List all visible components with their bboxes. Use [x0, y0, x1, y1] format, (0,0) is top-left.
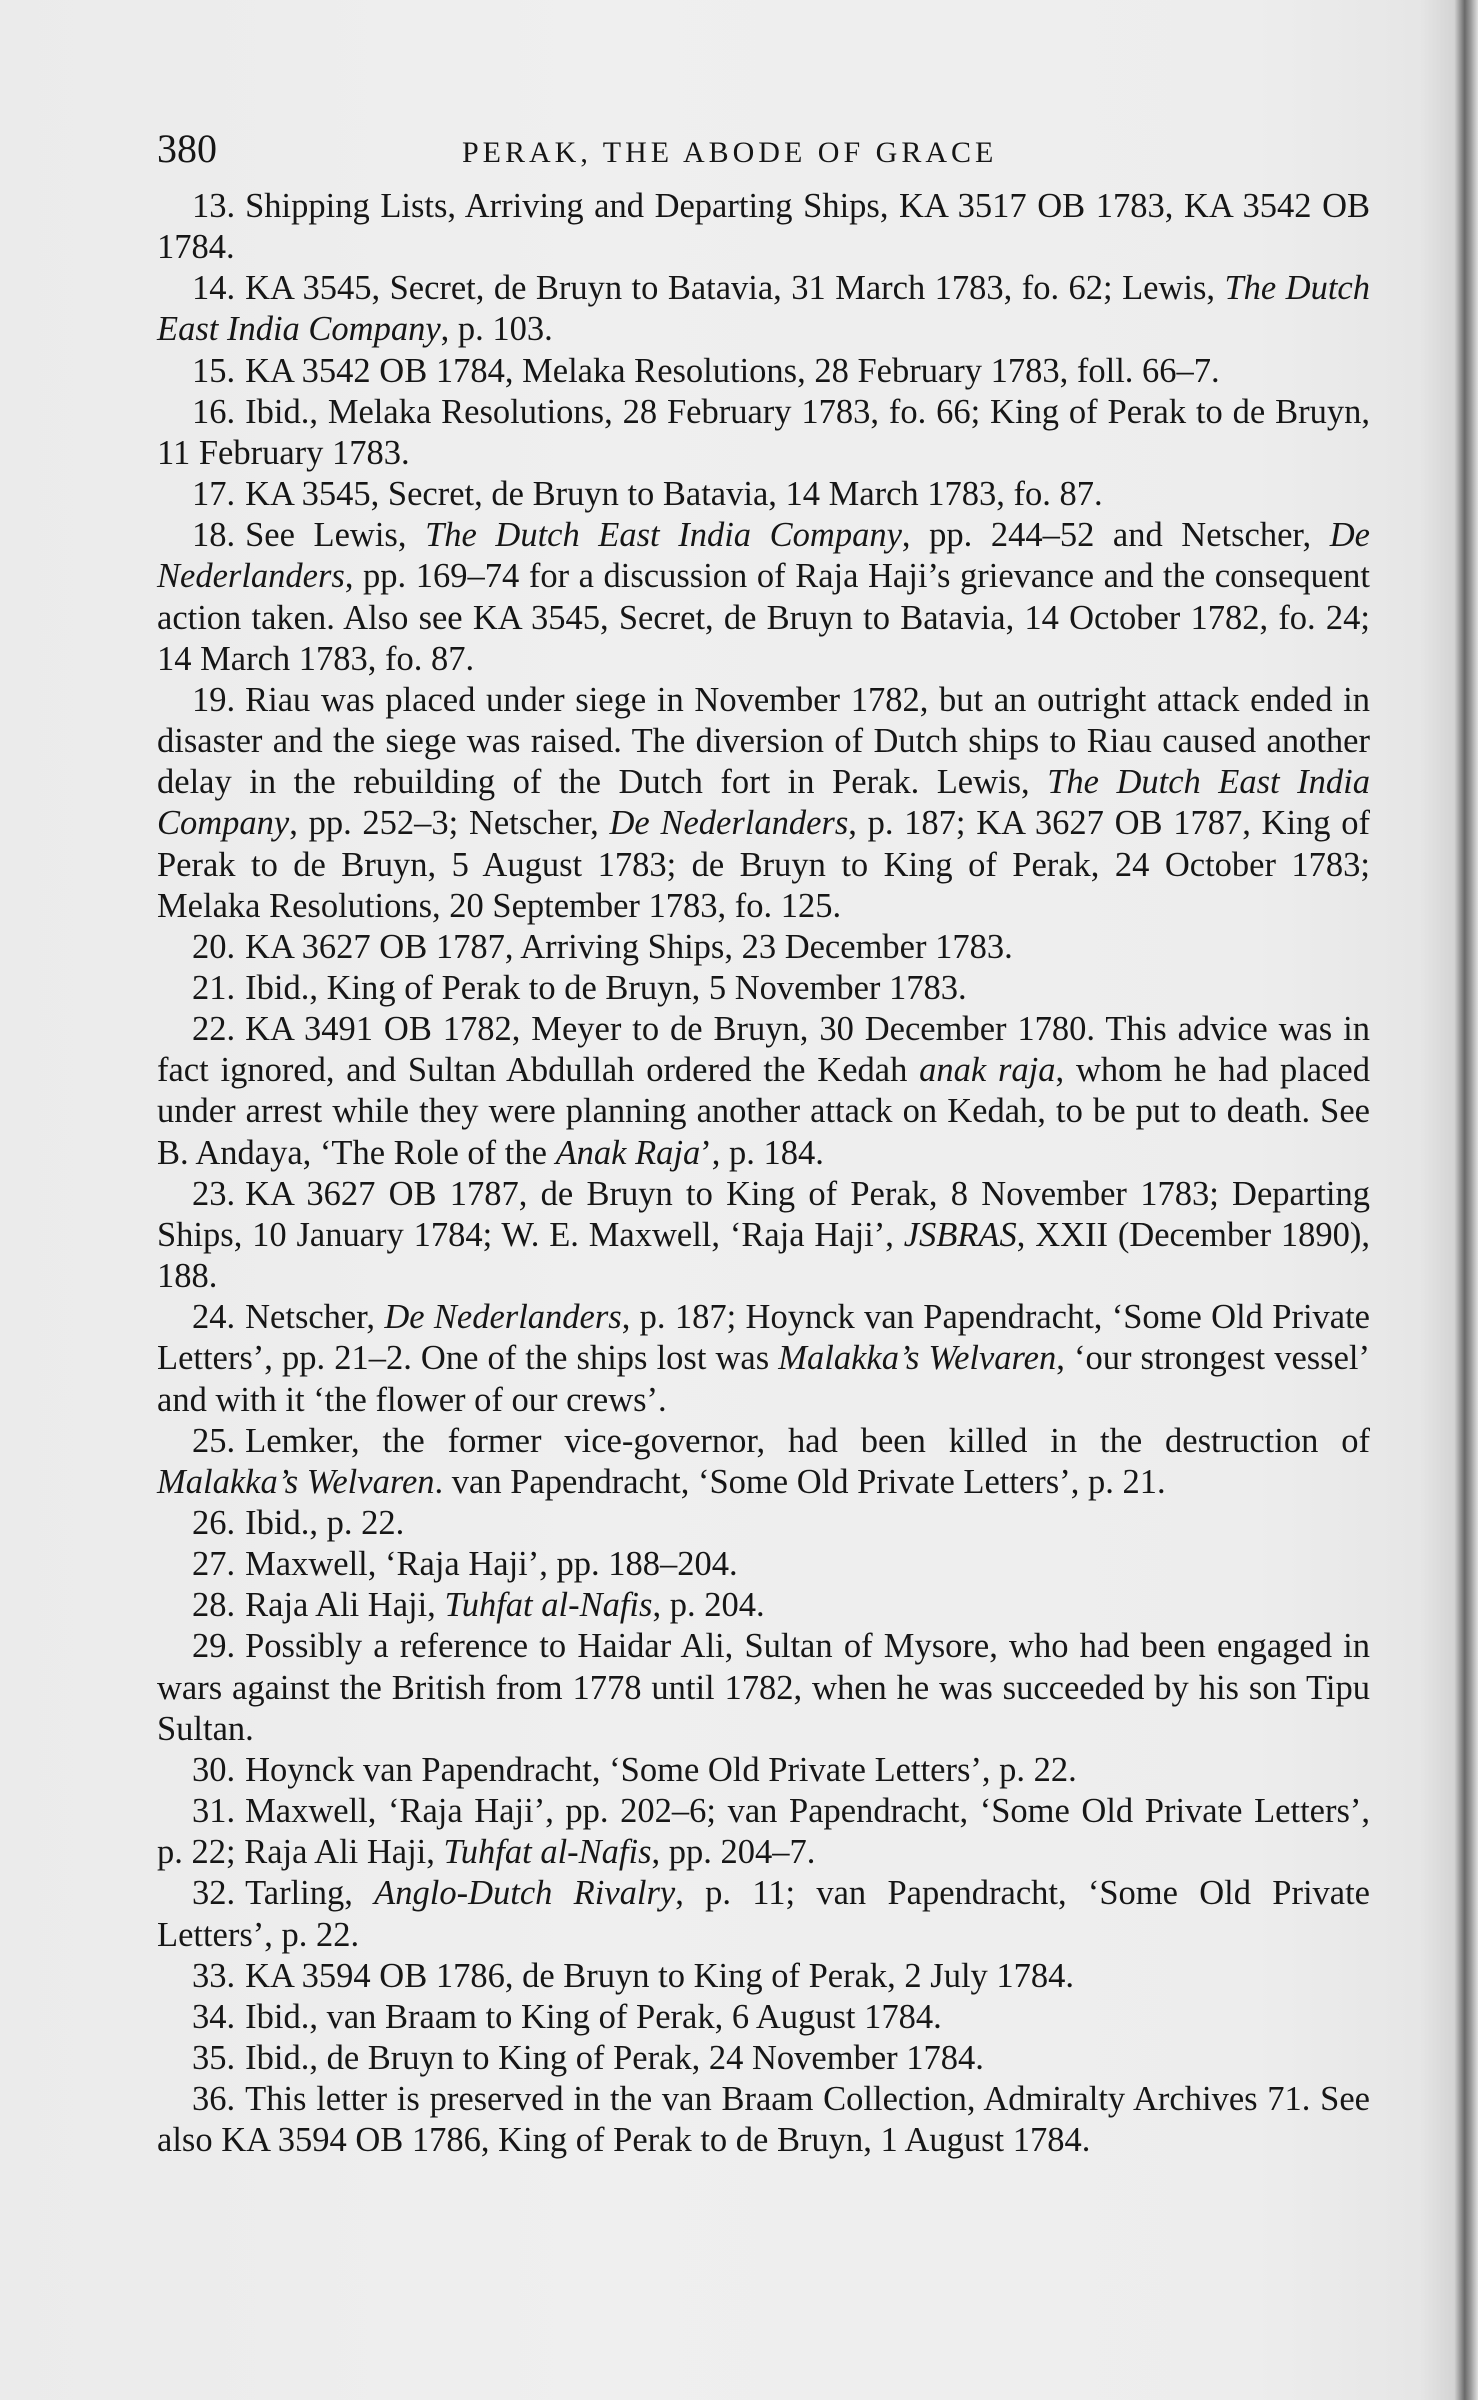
endnote-italic-title: anak raja: [919, 1051, 1055, 1089]
endnote-text: KA 3627 OB 1787, Arriving Ships, 23 Dece…: [245, 928, 1013, 966]
endnote-number: 31.: [192, 1792, 235, 1830]
endnote-italic-title: De Nederlanders: [384, 1298, 621, 1336]
endnote-number: 32.: [192, 1874, 235, 1912]
endnote-number: 35.: [192, 2039, 235, 2077]
endnote: 32.Tarling, Anglo-Dutch Rivalry, p. 11; …: [157, 1873, 1370, 1955]
endnote-text: , pp. 252–3; Netscher,: [289, 804, 609, 842]
endnote: 33.KA 3594 OB 1786, de Bruyn to King of …: [157, 1956, 1370, 1997]
endnote-text: Shipping Lists, Arriving and Departing S…: [157, 187, 1370, 266]
endnote: 20.KA 3627 OB 1787, Arriving Ships, 23 D…: [157, 927, 1370, 968]
endnote-italic-title: The Dutch East India Company: [425, 516, 902, 554]
endnote-text: KA 3542 OB 1784, Melaka Resolutions, 28 …: [245, 352, 1220, 390]
endnote: 31.Maxwell, ‘Raja Haji’, pp. 202–6; van …: [157, 1791, 1370, 1873]
endnote-text: , p. 103.: [441, 310, 553, 348]
endnote: 14.KA 3545, Secret, de Bruyn to Batavia,…: [157, 268, 1370, 350]
endnote: 22.KA 3491 OB 1782, Meyer to de Bruyn, 3…: [157, 1009, 1370, 1174]
endnote-text: , p. 204.: [652, 1586, 764, 1624]
endnote-italic-title: Malakka’s Welvaren: [157, 1463, 435, 1501]
endnote-number: 14.: [192, 269, 235, 307]
endnote-text: This letter is preserved in the van Braa…: [157, 2080, 1370, 2159]
endnote: 29.Possibly a reference to Haidar Ali, S…: [157, 1626, 1370, 1749]
endnote-number: 19.: [192, 681, 235, 719]
endnote-text: Netscher,: [245, 1298, 384, 1336]
endnote-number: 34.: [192, 1998, 235, 2036]
endnote-number: 15.: [192, 352, 235, 390]
endnote: 24.Netscher, De Nederlanders, p. 187; Ho…: [157, 1297, 1370, 1420]
endnote-number: 27.: [192, 1545, 235, 1583]
endnote: 13.Shipping Lists, Arriving and Departin…: [157, 186, 1370, 268]
endnote: 35.Ibid., de Bruyn to King of Perak, 24 …: [157, 2038, 1370, 2079]
endnote-text: Raja Ali Haji,: [245, 1586, 444, 1624]
endnote-number: 13.: [192, 187, 235, 225]
running-title: PERAK, THE ABODE OF GRACE: [462, 128, 997, 178]
endnote-number: 29.: [192, 1627, 235, 1665]
endnote-number: 23.: [192, 1175, 235, 1213]
endnote-number: 24.: [192, 1298, 235, 1336]
endnote: 34.Ibid., van Braam to King of Perak, 6 …: [157, 1997, 1370, 2038]
endnote-italic-title: JSBRAS: [904, 1216, 1017, 1254]
endnote-text: KA 3594 OB 1786, de Bruyn to King of Per…: [245, 1957, 1074, 1995]
endnote-text: ’, p. 184.: [700, 1134, 824, 1172]
endnote: 30.Hoynck van Papendracht, ‘Some Old Pri…: [157, 1750, 1370, 1791]
endnote: 27.Maxwell, ‘Raja Haji’, pp. 188–204.: [157, 1544, 1370, 1585]
endnote-number: 36.: [192, 2080, 235, 2118]
endnote-text: KA 3545, Secret, de Bruyn to Batavia, 14…: [245, 475, 1103, 513]
endnote-number: 21.: [192, 969, 235, 1007]
endnote-text: Lemker, the former vice-governor, had be…: [245, 1422, 1370, 1460]
endnote-text: , pp. 204–7.: [652, 1833, 816, 1871]
endnote-italic-title: Malakka’s Welvaren: [778, 1339, 1056, 1377]
endnote-number: 30.: [192, 1751, 235, 1789]
endnote: 17.KA 3545, Secret, de Bruyn to Batavia,…: [157, 474, 1370, 515]
endnote: 28.Raja Ali Haji, Tuhfat al-Nafis, p. 20…: [157, 1585, 1370, 1626]
endnote-text: Ibid., King of Perak to de Bruyn, 5 Nove…: [245, 969, 967, 1007]
page-number: 380: [157, 124, 217, 174]
endnote-number: 17.: [192, 475, 235, 513]
book-page: 380 PERAK, THE ABODE OF GRACE 13.Shippin…: [0, 0, 1478, 2400]
endnote: 19.Riau was placed under siege in Novemb…: [157, 680, 1370, 927]
endnote-italic-title: Tuhfat al-Nafis: [444, 1833, 652, 1871]
endnote-italic-title: Tuhfat al-Nafis: [444, 1586, 652, 1624]
endnote-text: See Lewis,: [245, 516, 425, 554]
endnote-text: Ibid., de Bruyn to King of Perak, 24 Nov…: [245, 2039, 984, 2077]
endnote: 25.Lemker, the former vice-governor, had…: [157, 1421, 1370, 1503]
endnote-text: Ibid., van Braam to King of Perak, 6 Aug…: [245, 1998, 942, 2036]
endnote-number: 28.: [192, 1586, 235, 1624]
endnote-italic-title: Anglo-Dutch Rivalry: [374, 1874, 675, 1912]
endnote-number: 26.: [192, 1504, 235, 1542]
endnote-number: 33.: [192, 1957, 235, 1995]
endnote-number: 18.: [192, 516, 235, 554]
endnote: 36.This letter is preserved in the van B…: [157, 2079, 1370, 2161]
endnote: 16.Ibid., Melaka Resolutions, 28 Februar…: [157, 392, 1370, 474]
endnote-text: Ibid., p. 22.: [245, 1504, 404, 1542]
endnote-number: 25.: [192, 1422, 235, 1460]
endnote: 18.See Lewis, The Dutch East India Compa…: [157, 515, 1370, 680]
endnote-text: . van Papendracht, ‘Some Old Private Let…: [435, 1463, 1166, 1501]
endnote-italic-title: De Nederlanders: [610, 804, 849, 842]
running-head: 380 PERAK, THE ABODE OF GRACE: [157, 124, 1370, 174]
endnote-number: 16.: [192, 393, 235, 431]
endnote-text: Hoynck van Papendracht, ‘Some Old Privat…: [245, 1751, 1077, 1789]
endnote: 21.Ibid., King of Perak to de Bruyn, 5 N…: [157, 968, 1370, 1009]
endnote-text: Tarling,: [245, 1874, 374, 1912]
endnote-text: , pp. 244–52 and Netscher,: [902, 516, 1330, 554]
endnote-text: Maxwell, ‘Raja Haji’, pp. 188–204.: [245, 1545, 737, 1583]
endnote-italic-title: Anak Raja: [556, 1134, 701, 1172]
endnote-text: Possibly a reference to Haidar Ali, Sult…: [157, 1627, 1370, 1747]
endnote: 26.Ibid., p. 22.: [157, 1503, 1370, 1544]
endnote-number: 20.: [192, 928, 235, 966]
endnote: 23.KA 3627 OB 1787, de Bruyn to King of …: [157, 1174, 1370, 1297]
endnote-text: Ibid., Melaka Resolutions, 28 February 1…: [157, 393, 1370, 472]
endnote-text: KA 3545, Secret, de Bruyn to Batavia, 31…: [245, 269, 1224, 307]
endnotes-list: 13.Shipping Lists, Arriving and Departin…: [157, 186, 1370, 2162]
endnote: 15.KA 3542 OB 1784, Melaka Resolutions, …: [157, 351, 1370, 392]
endnote-number: 22.: [192, 1010, 235, 1048]
